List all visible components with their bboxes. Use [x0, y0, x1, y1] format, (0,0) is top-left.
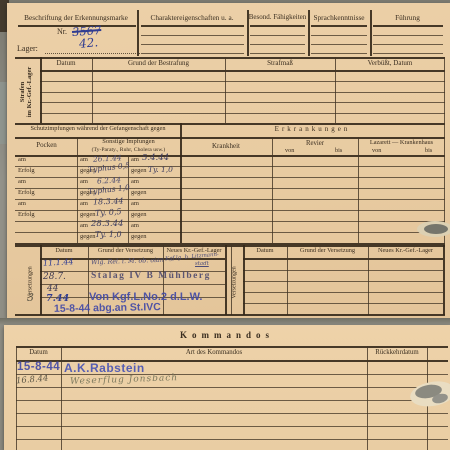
impf-r3-c2: am [80, 179, 88, 186]
impf-header-erkrankungen: Erkrankungen [180, 126, 445, 133]
impf-r3-c1: am [18, 179, 26, 186]
strafen-header-strafmass: Strafmaß [225, 60, 335, 67]
impf-col-krankheit: Krankheit [180, 143, 272, 150]
impf-revier-bis: bis [335, 148, 342, 155]
impf-r1-c1: am [18, 157, 26, 164]
impf-r1-c3: am [131, 157, 139, 164]
strafen-header-datum: Datum [40, 60, 92, 67]
versetz-r2-datum-hw1: 28.7. [43, 272, 66, 282]
impf-r2-c1: Erfolg [18, 168, 35, 175]
versetz-r-header-neues: Neues Kr.-Gef.-Lager [368, 248, 443, 255]
impf-r7-c2-hw: 28.3.44 [91, 219, 123, 229]
kommandos-r2-datum-hw: 16.8.44 [16, 374, 49, 387]
kommandos-r1-art-stamp: A.K.Rabstein [64, 361, 145, 375]
impf-r4-c2-hw: Typhus 1,0 [88, 183, 131, 196]
impf-r6-c2: gegen [80, 212, 96, 219]
top-col1-header: Beschriftung der Erkennungsmarke [15, 14, 137, 22]
versetz-l-header-datum: Datum [40, 248, 88, 255]
versetz-r-header-datum: Datum [243, 248, 287, 255]
kommandos-r2-art-hw: Weserflug Jonsbach [70, 373, 178, 387]
lager-value-handwritten: 42. [78, 35, 98, 51]
kommandos-header-datum: Datum [16, 349, 61, 356]
strafen-header-grund: Grund der Bestrafung [92, 60, 225, 67]
impf-r4-c3: gegen [131, 190, 147, 197]
top-col5-header: Führung [370, 14, 445, 22]
kommandos-card: Kommandos Datum Art des Kommandos Rückke… [4, 325, 450, 450]
strafen-side-label: Strafen im Kr.-Gef.-Lager [19, 57, 41, 127]
impf-r7-c3: am [131, 223, 139, 230]
impf-r5-c3: am [131, 201, 139, 208]
pow-record-card-scan: Beschriftung der Erkennungsmarke Charakt… [0, 0, 450, 450]
impf-r1-c2: am [80, 157, 88, 164]
versetz-l-header-grund: Grund der Versetzung [88, 248, 163, 255]
impf-r6-c2-hw: Ty. 0,5 [95, 207, 122, 218]
top-col3-header: Besond. Fähigkeiten [247, 14, 308, 21]
impf-r3-c3: am [131, 179, 139, 186]
nr-label: Nr. [57, 28, 67, 36]
kommandos-title: Kommandos [4, 331, 450, 340]
versetz-r1-neues-hw2: stadt [195, 261, 209, 267]
versetz-r4-abgang-stamp: 15-8-44 abg.an St.IVC [54, 301, 161, 315]
main-record-card: Beschriftung der Erkennungsmarke Charakt… [7, 3, 450, 318]
impf-r6-c1: Erfolg [18, 212, 35, 219]
impf-lazarett-bis: bis [425, 148, 432, 155]
impf-r5-c1: am [18, 201, 26, 208]
impf-col-lazarett: Lazarett — Krankenhaus [358, 140, 445, 147]
kommandos-r1-datum-stamp: 15-8-44 [17, 361, 60, 373]
kommandos-header-art: Art des Kommandos [61, 349, 367, 356]
top-col4-header: Sprachkenntnisse [308, 14, 370, 22]
impf-r7-c2: am [80, 223, 88, 230]
impf-r5-c2: am [80, 201, 88, 208]
versetz-r1-grund-hw: Wlg. Rel. i. M. ob. oian [91, 257, 164, 267]
impf-col-pocken: Pocken [16, 142, 77, 149]
impf-r8-c2-hw: Ty. 1,0 [95, 230, 122, 239]
versetz-r1-datum-hw: 11.1.44 [43, 257, 74, 268]
impf-r1-c3-hw: 5.4.44 [142, 153, 169, 163]
versetz-r3-margin-hw: 3 [27, 291, 34, 304]
impf-lazarett-von: von [372, 148, 381, 155]
paper-tear-hole-main [424, 224, 448, 234]
impf-r6-c3: gegen [131, 212, 147, 219]
versetzungen-side-label-right: Versetzungen [232, 254, 243, 312]
impf-r2-c3-hw: Ty. 1,0 [148, 165, 173, 174]
impf-r5-c2-hw: 18.3.44 [93, 196, 124, 206]
top-col2-header: Charaktereigenschaften u. a. [137, 14, 247, 22]
impf-r8-c3: gegen [131, 234, 147, 241]
lager-label: Lager: [17, 45, 38, 53]
impf-header-left: Schutzimpfungen während der Gefangenscha… [16, 126, 180, 133]
strafen-header-verbuesst: Verbüßt, Datum [335, 60, 445, 67]
impf-r4-c1: Erfolg [18, 190, 35, 197]
impf-revier-von: von [285, 148, 294, 155]
impf-r2-c3: gegen [131, 168, 147, 175]
versetz-r2-stalag-stamp: Stalag IV B Mühlberg [91, 271, 211, 281]
kommandos-header-rueckkehr: Rückkehrdatum [367, 349, 427, 356]
impf-r8-c2: gegen [80, 234, 96, 241]
impf-col-sonstige-1: Sonstige Impfungen [77, 139, 180, 146]
card-gap-shadow [0, 318, 450, 325]
versetz-r-header-grund: Grund der Versetzung [287, 248, 368, 255]
